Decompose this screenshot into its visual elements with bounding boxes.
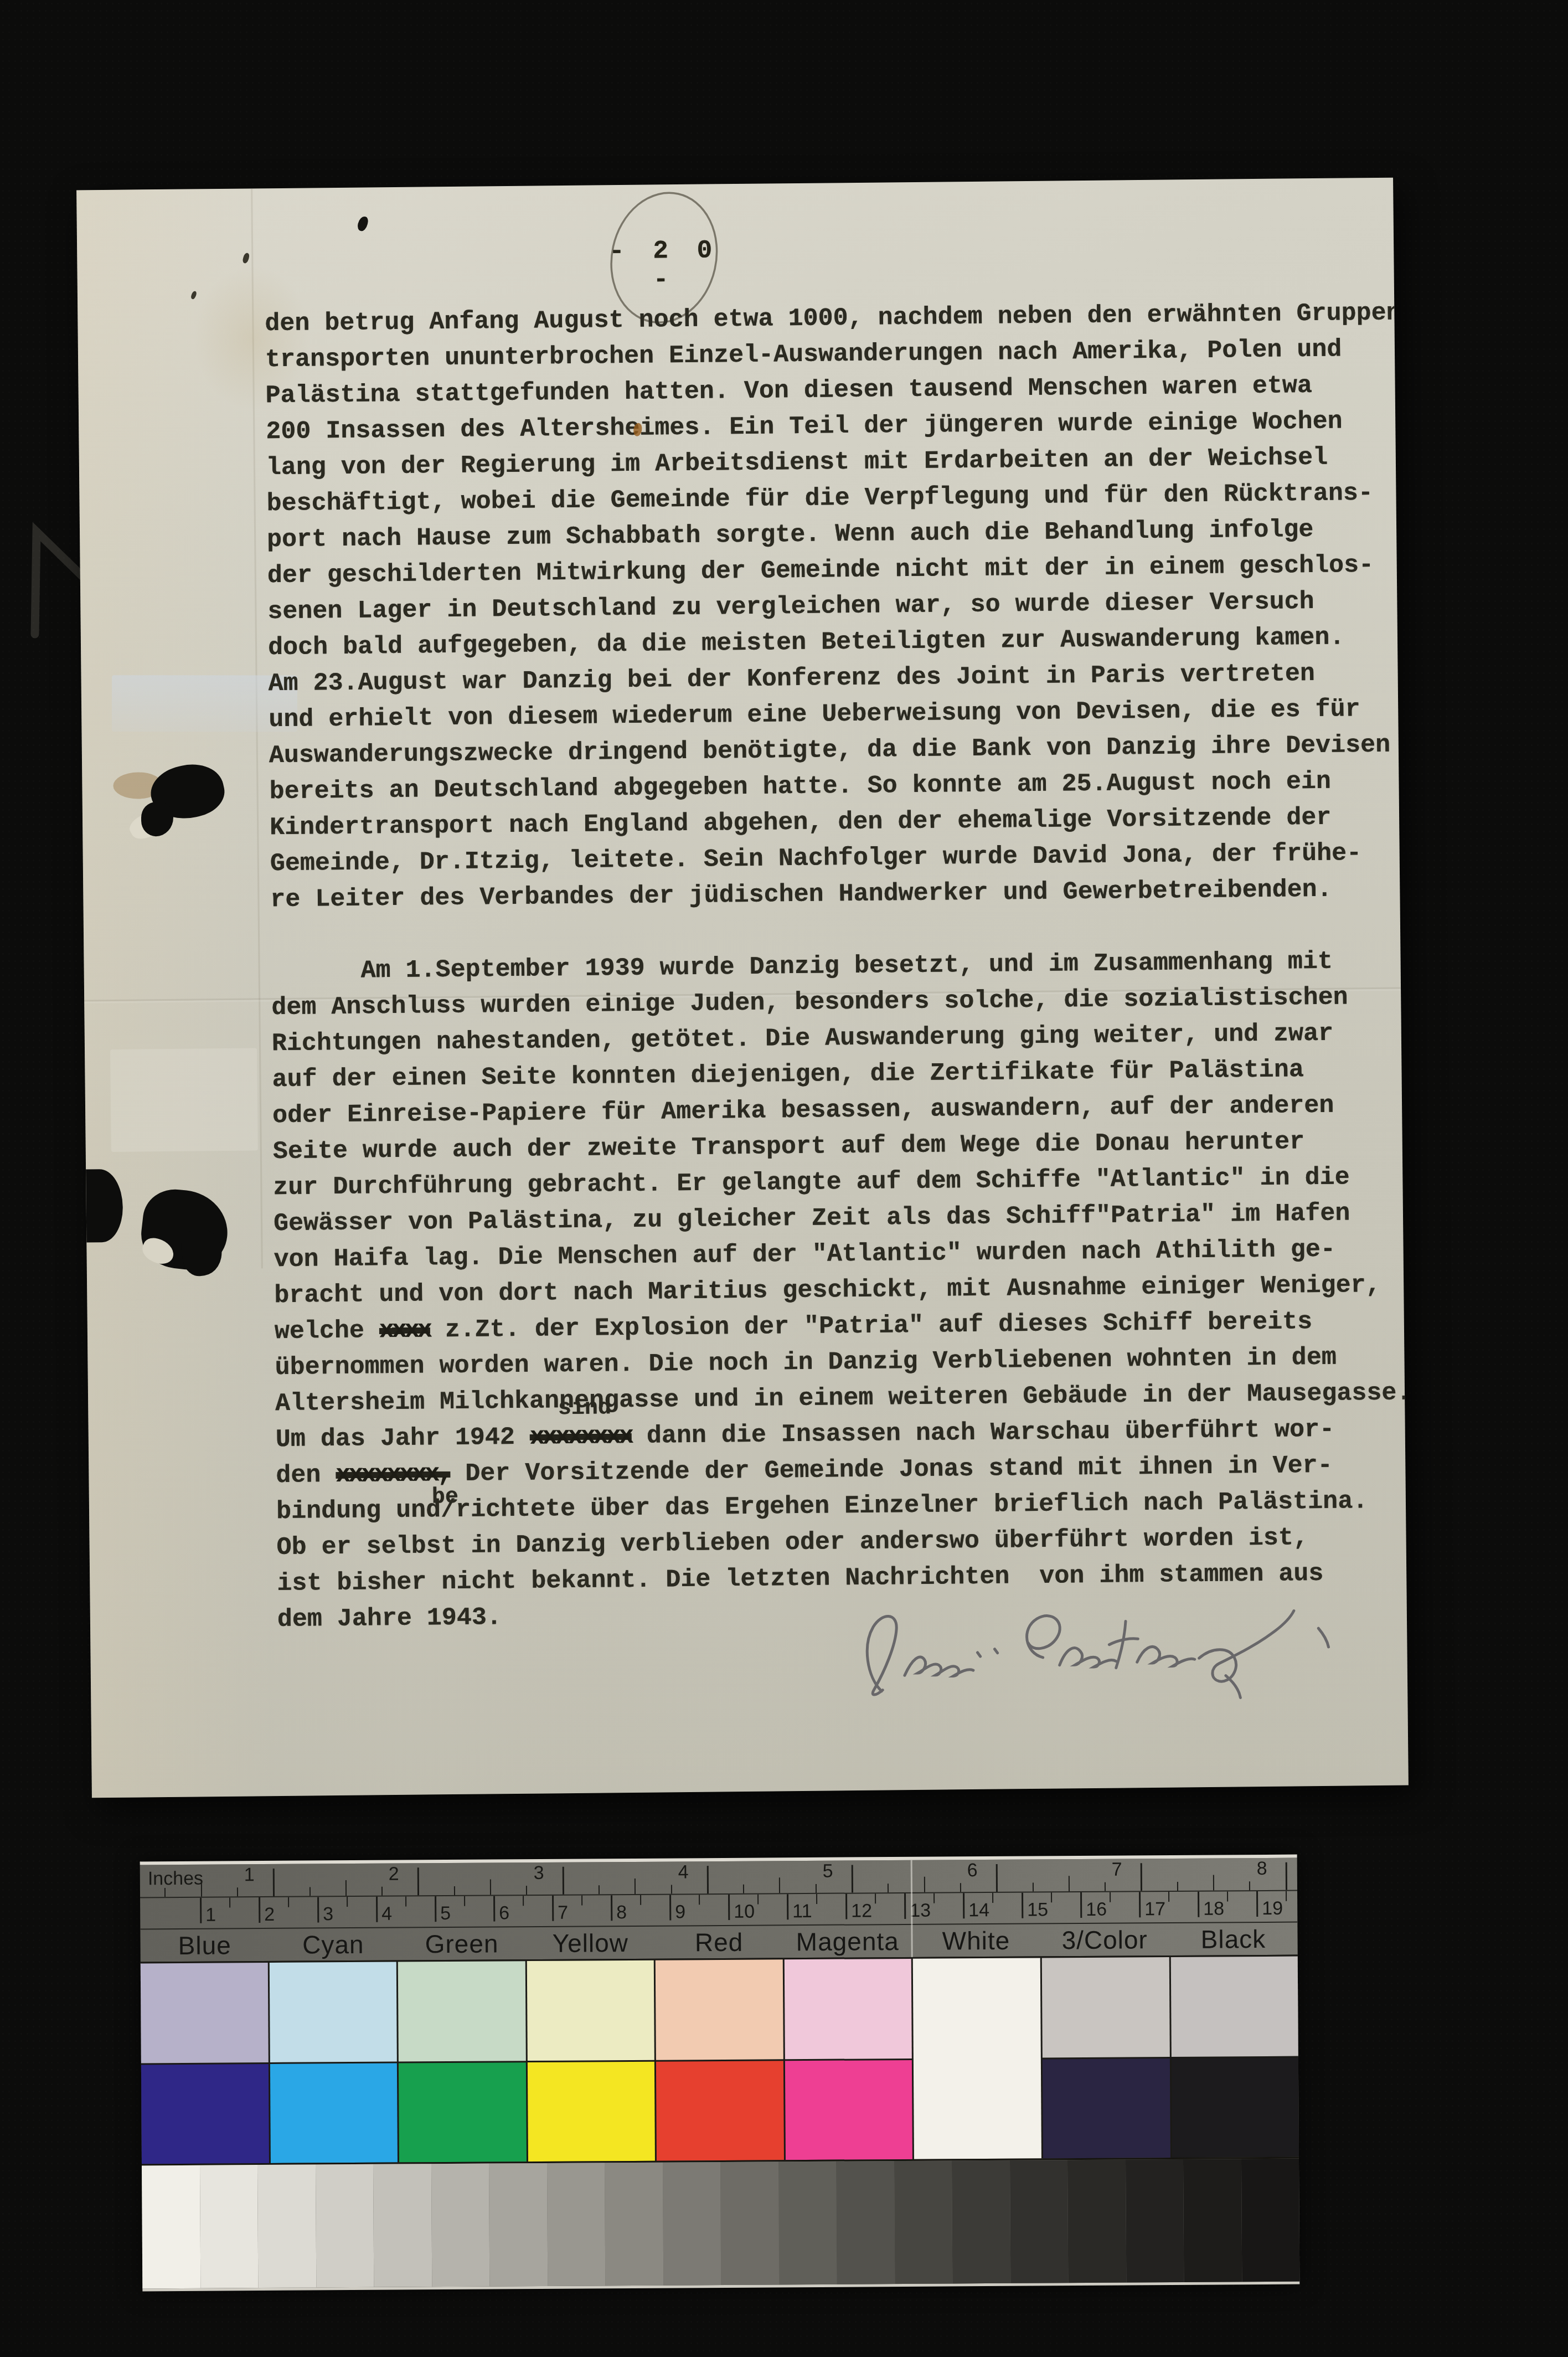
cm-half-tick	[1110, 1892, 1111, 1902]
cm-tick	[317, 1897, 319, 1922]
inch-number: 8	[1257, 1858, 1267, 1880]
saturated-patch	[270, 2063, 398, 2163]
handwritten-signature	[837, 1583, 1359, 1710]
inch-tick	[816, 1884, 817, 1893]
pastel-patch	[785, 1959, 912, 2059]
cm-half-tick	[581, 1896, 582, 1906]
typed-text: den betrug Anfang August noch etwa 1000,…	[265, 295, 1407, 1638]
grayscale-step	[1009, 2160, 1068, 2283]
inch-tick	[1141, 1863, 1142, 1891]
cm-tick	[611, 1895, 612, 1921]
cm-half-tick	[757, 1895, 759, 1905]
saturated-patch	[785, 2060, 913, 2160]
line-segment: Um das Jahr 1942	[276, 1423, 530, 1454]
cm-tick	[669, 1895, 671, 1921]
struck-out-word: xxxxxxxx	[530, 1422, 632, 1452]
line-segment: Der Vorsitzende der Gemeinde Jonas stand…	[450, 1452, 1333, 1488]
line-segment: welche	[275, 1316, 380, 1346]
inch-tick	[273, 1869, 275, 1896]
cm-half-tick	[933, 1893, 935, 1903]
grayscale-step	[546, 2163, 605, 2286]
cm-number: 4	[381, 1903, 392, 1925]
cm-half-tick	[288, 1897, 289, 1907]
cm-half-tick	[347, 1897, 348, 1907]
pastel-patch	[141, 1963, 269, 2063]
color-column	[527, 1960, 655, 2162]
cm-number: 7	[558, 1902, 568, 1924]
grayscale-step	[1183, 2159, 1242, 2282]
cm-number: 6	[499, 1902, 509, 1924]
inch-number: 7	[1112, 1859, 1122, 1881]
inch-tick	[852, 1865, 853, 1893]
cm-half-tick	[1286, 1891, 1287, 1901]
cm-number: 8	[616, 1902, 627, 1923]
line-segment: den	[276, 1461, 336, 1490]
color-column	[398, 1961, 527, 2162]
inch-number: 4	[678, 1861, 689, 1883]
photo-background: - 2 0 - den betrug Anfang August noch et…	[0, 0, 1568, 2357]
document-page: - 2 0 - den betrug Anfang August noch et…	[76, 178, 1409, 1798]
cm-tick	[963, 1893, 964, 1918]
cm-tick	[1139, 1892, 1141, 1917]
grayscale-step	[952, 2160, 1010, 2284]
saturated-patch	[656, 2061, 784, 2160]
cm-tick	[493, 1896, 495, 1921]
saturated-patch	[1171, 2058, 1299, 2158]
white-patch	[913, 1958, 1041, 2159]
inch-tick	[201, 1881, 202, 1897]
cm-number: 10	[734, 1901, 755, 1923]
cm-half-tick	[640, 1895, 641, 1905]
inch-tick	[1069, 1876, 1070, 1891]
cm-tick	[552, 1896, 554, 1921]
saturated-patch	[528, 2062, 656, 2162]
grayscale-step	[431, 2164, 489, 2287]
punch-hole-torn	[119, 1186, 253, 1298]
color-label: Red	[654, 1926, 783, 1958]
page-number: - 2 0 -	[593, 236, 735, 295]
saturated-patch	[141, 2064, 269, 2164]
cm-half-tick	[523, 1896, 524, 1906]
cm-tick	[1198, 1892, 1199, 1917]
color-column	[785, 1959, 913, 2160]
color-column	[913, 1958, 1041, 2159]
pastel-patch	[527, 1960, 654, 2061]
grayscale-step	[605, 2163, 663, 2286]
cm-half-tick	[1227, 1891, 1228, 1901]
inch-tick	[779, 1877, 780, 1893]
grayscale-step	[662, 2162, 721, 2286]
cm-half-tick	[816, 1894, 817, 1904]
line-segment: dann die Insassen nach Warschau überführ…	[632, 1416, 1335, 1450]
inch-tick	[707, 1866, 709, 1893]
grayscale-step	[836, 2161, 895, 2284]
grayscale-step	[373, 2164, 432, 2287]
cm-tick	[1080, 1892, 1082, 1918]
cm-tick	[259, 1897, 260, 1923]
cm-tick	[435, 1896, 436, 1922]
inch-tick	[924, 1877, 925, 1892]
color-column	[1170, 1957, 1299, 2158]
inch-tick	[1177, 1882, 1178, 1891]
correction-token: xxxxxxxxsind	[530, 1418, 632, 1455]
inch-tick	[671, 1885, 672, 1894]
tape-residue	[110, 1048, 258, 1152]
punch-hole-torn	[135, 760, 246, 845]
cm-tick	[728, 1895, 730, 1920]
pastel-patch	[1170, 1957, 1298, 2057]
inch-number: 3	[534, 1862, 544, 1884]
grayscale-step	[315, 2164, 374, 2288]
cm-number: 2	[264, 1904, 275, 1926]
cm-tick	[787, 1894, 788, 1919]
color-label: Yellow	[526, 1927, 655, 1959]
cm-number: 12	[851, 1900, 872, 1922]
grayscale-step	[200, 2165, 259, 2288]
cm-tick	[1022, 1893, 1023, 1918]
inch-tick	[960, 1883, 961, 1892]
grayscale-step	[778, 2162, 837, 2285]
inch-tick	[164, 1888, 166, 1897]
correction-token: xxxxxxxx,be	[336, 1456, 451, 1493]
inch-tick	[1213, 1875, 1214, 1891]
grayscale-step	[894, 2160, 952, 2284]
cm-number: 17	[1144, 1898, 1165, 1920]
cm-half-tick	[229, 1897, 230, 1907]
cm-half-tick	[875, 1893, 876, 1903]
color-label: Black	[1169, 1923, 1298, 1955]
color-column	[141, 1963, 269, 2164]
cm-number: 5	[440, 1903, 451, 1924]
grayscale-step	[1241, 2159, 1299, 2282]
cm-number: 18	[1203, 1898, 1224, 1919]
color-column	[1042, 1957, 1170, 2158]
pastel-patch	[398, 1961, 526, 2061]
color-label: Magenta	[783, 1925, 912, 1958]
pastel-patch	[1042, 1957, 1170, 2057]
cm-half-tick	[992, 1893, 993, 1903]
pastel-patch	[269, 1962, 397, 2062]
cm-number: 11	[792, 1901, 812, 1922]
color-label: White	[912, 1924, 1041, 1957]
grayscale-step	[257, 2164, 316, 2288]
cm-number: 16	[1086, 1899, 1107, 1921]
grayscale-step	[1125, 2159, 1184, 2283]
grayscale-step	[720, 2162, 779, 2285]
inch-tick	[563, 1867, 564, 1895]
cm-number: 1	[205, 1905, 216, 1926]
inch-number: 5	[823, 1861, 833, 1882]
cm-number: 14	[968, 1900, 989, 1921]
inch-tick	[345, 1880, 347, 1896]
inch-tick	[1105, 1882, 1106, 1891]
pastel-patch	[656, 1959, 783, 2060]
inch-tick	[310, 1887, 311, 1896]
grayscale-strip	[142, 2157, 1299, 2289]
cm-half-tick	[1168, 1892, 1169, 1902]
cm-half-tick	[405, 1896, 406, 1906]
grayscale-step	[489, 2163, 548, 2287]
grayscale-step	[1067, 2160, 1126, 2283]
inch-number: 6	[967, 1860, 978, 1881]
color-label: Green	[398, 1927, 527, 1960]
inch-tick	[743, 1885, 744, 1893]
inch-tick	[996, 1864, 998, 1892]
inch-tick	[888, 1883, 889, 1892]
saturated-patch	[1043, 2058, 1170, 2158]
color-column	[656, 1959, 784, 2160]
inch-number: 2	[389, 1864, 399, 1885]
saturated-patch	[399, 2062, 527, 2162]
inch-tick	[454, 1886, 455, 1895]
ruler-unit-label: Inches	[148, 1868, 203, 1890]
hole-shape	[141, 802, 174, 837]
inch-number: 1	[244, 1864, 255, 1886]
inch-tick	[417, 1867, 419, 1895]
cm-number: 15	[1027, 1899, 1048, 1921]
inch-tick	[1033, 1883, 1034, 1892]
color-label: Cyan	[269, 1928, 398, 1961]
typed-insertion-above: sind	[558, 1397, 611, 1420]
cm-tick	[200, 1898, 202, 1923]
color-calibration-card: Inches 12345678 123456789101112131415161…	[140, 1855, 1300, 2292]
inch-tick	[526, 1886, 527, 1895]
grayscale-step	[142, 2165, 200, 2289]
cm-tick	[845, 1894, 847, 1919]
color-label: 3/Color	[1040, 1923, 1169, 1956]
correction-token: xxxx	[379, 1312, 431, 1349]
color-label: Blue	[140, 1929, 269, 1962]
cm-half-tick	[699, 1895, 700, 1905]
color-column	[269, 1962, 398, 2163]
cm-number: 9	[675, 1901, 685, 1923]
inch-tick	[237, 1887, 238, 1896]
cm-tick	[1256, 1891, 1258, 1917]
inch-tick	[1249, 1881, 1250, 1890]
inch-tick	[490, 1880, 491, 1895]
inch-tick	[1286, 1862, 1287, 1890]
cm-number: 13	[910, 1900, 931, 1922]
cm-tick	[904, 1893, 906, 1919]
cm-half-tick	[1051, 1892, 1052, 1902]
cm-number: 3	[323, 1903, 333, 1925]
color-patches	[141, 1955, 1299, 2164]
cm-number: 19	[1262, 1898, 1283, 1919]
inch-tick	[381, 1887, 383, 1896]
line-segment: z.Zt. der Explosion der "Patria" auf die…	[430, 1308, 1313, 1344]
struck-out-word: xxxx	[379, 1316, 431, 1345]
typed-insertion-below: be	[432, 1486, 458, 1509]
inch-tick	[635, 1879, 636, 1894]
cm-tick	[376, 1897, 378, 1922]
cm-half-tick	[464, 1896, 465, 1906]
inch-tick	[599, 1885, 600, 1894]
